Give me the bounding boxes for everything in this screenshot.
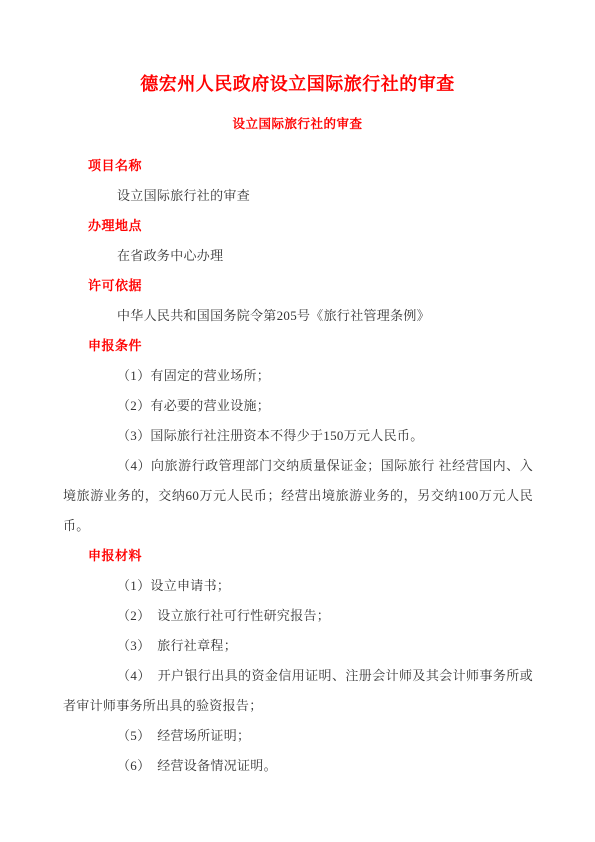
document-title: 德宏州人民政府设立国际旅行社的审查 [0, 0, 595, 96]
document-body: 项目名称 设立国际旅行社的审查 办理地点 在省政务中心办理 许可依据 中华人民共… [0, 132, 595, 781]
handling-location-text: 在省政务中心办理 [63, 241, 533, 271]
material-item-2: （2） 设立旅行社可行性研究报告； [63, 601, 533, 631]
license-basis-text: 中华人民共和国国务院令第205号《旅行社管理条例》 [63, 301, 533, 331]
material-item-1: （1）设立申请书； [63, 571, 533, 601]
section-heading-license-basis: 许可依据 [63, 271, 533, 301]
section-heading-handling-location: 办理地点 [63, 211, 533, 241]
document-page: 德宏州人民政府设立国际旅行社的审查 设立国际旅行社的审查 项目名称 设立国际旅行… [0, 0, 595, 842]
material-item-5: （5） 经营场所证明； [63, 721, 533, 751]
section-heading-project-name: 项目名称 [63, 151, 533, 181]
document-subtitle: 设立国际旅行社的审查 [0, 96, 595, 132]
condition-item-1: （1）有固定的营业场所； [63, 361, 533, 391]
condition-item-4: （4）向旅游行政管理部门交纳质量保证金；国际旅行 社经营国内、入境旅游业务的，交… [63, 451, 533, 541]
material-item-6: （6） 经营设备情况证明。 [63, 751, 533, 781]
condition-item-2: （2）有必要的营业设施； [63, 391, 533, 421]
section-heading-application-conditions: 申报条件 [63, 331, 533, 361]
condition-item-3: （3）国际旅行社注册资本不得少于150万元人民币。 [63, 421, 533, 451]
material-item-3: （3） 旅行社章程； [63, 631, 533, 661]
section-heading-application-materials: 申报材料 [63, 541, 533, 571]
project-name-text: 设立国际旅行社的审查 [63, 181, 533, 211]
material-item-4: （4） 开户银行出具的资金信用证明、注册会计师及其会计师事务所或者审计师事务所出… [63, 661, 533, 721]
